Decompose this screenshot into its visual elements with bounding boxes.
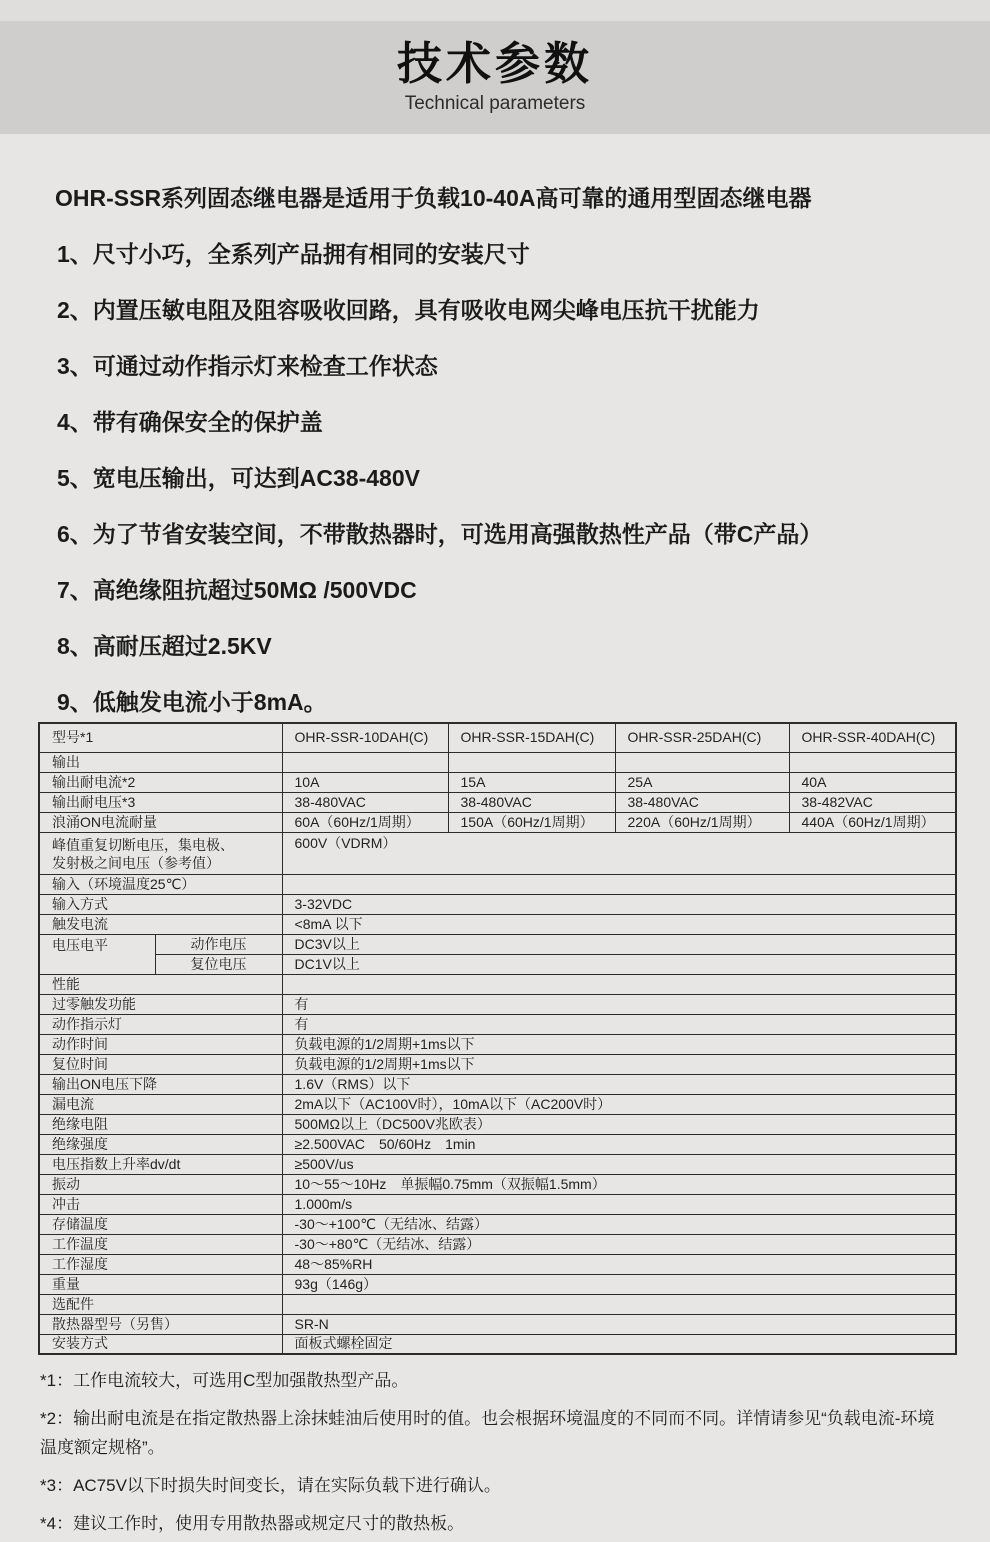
table-section-performance: 性能 xyxy=(39,974,956,994)
row-value: 面板式螺栓固定 xyxy=(282,1334,956,1354)
row-label: 振动 xyxy=(39,1174,282,1194)
row-label: 选配件 xyxy=(39,1294,282,1314)
row-value: 48～85%RH xyxy=(282,1254,956,1274)
row-value: <8mA 以下 xyxy=(282,914,956,934)
feature-item: 6、为了节省安装空间，不带散热器时，可选用高强散热性产品（带C产品） xyxy=(57,520,955,548)
table-section-input: 输入（环境温度25℃） xyxy=(39,874,956,894)
row-label: 峰值重复切断电压，集电极、 发射极之间电压（参考值） xyxy=(39,832,282,874)
footnote-item: *1：工作电流较大，可选用C型加强散热型产品。 xyxy=(40,1366,945,1395)
table-section-accessories: 选配件 xyxy=(39,1294,956,1314)
top-strip xyxy=(0,0,990,21)
row-value: 10～55～10Hz 单振幅0.75mm（双振幅1.5mm） xyxy=(282,1174,956,1194)
footnote-item: *2：输出耐电流是在指定散热器上涂抹蛙油后使用时的值。也会根据环境温度的不同而不… xyxy=(40,1404,945,1462)
row-value: 38-480VAC xyxy=(282,792,448,812)
row-label: 漏电流 xyxy=(39,1094,282,1114)
row-value: 15A xyxy=(448,772,615,792)
row-label: 输出耐电流*2 xyxy=(39,772,282,792)
row-value xyxy=(282,974,956,994)
page-title: 技术参数 xyxy=(397,41,593,86)
row-value: 150A（60Hz/1周期） xyxy=(448,812,615,832)
row-value: 10A xyxy=(282,772,448,792)
row-value: 1.6V（RMS）以下 xyxy=(282,1074,956,1094)
row-label: 输出耐电压*3 xyxy=(39,792,282,812)
row-value: 2mA以下（AC100V时），10mA以下（AC200V时） xyxy=(282,1094,956,1114)
row-value: SR-N xyxy=(282,1314,956,1334)
footnote-item: *4：建议工作时，使用专用散热器或规定尺寸的散热板。 xyxy=(40,1509,945,1538)
row-label: 安装方式 xyxy=(39,1334,282,1354)
row-value: 38-480VAC xyxy=(615,792,789,812)
row-label: 冲击 xyxy=(39,1194,282,1214)
row-value: 60A（60Hz/1周期） xyxy=(282,812,448,832)
table-row: 工作温度 -30～+80℃（无结冰、结露） xyxy=(39,1234,956,1254)
footnotes: *1：工作电流较大，可选用C型加强散热型产品。 *2：输出耐电流是在指定散热器上… xyxy=(40,1366,955,1538)
row-label: 绝缘强度 xyxy=(39,1134,282,1154)
footnote-item: *3：AC75V以下时损失时间变长，请在实际负载下进行确认。 xyxy=(40,1471,945,1500)
feature-item: 9、低触发电流小于8mA。 xyxy=(57,688,955,716)
feature-item: 2、内置压敏电阻及阻容吸收回路，具有吸收电网尖峰电压抗干扰能力 xyxy=(57,296,955,324)
row-label: 电压电平 xyxy=(39,934,155,974)
row-value: 25A xyxy=(615,772,789,792)
row-label: 性能 xyxy=(39,974,282,994)
table-row: 输出耐电流*2 10A 15A 25A 40A xyxy=(39,772,956,792)
row-value: ≥2.500VAC 50/60Hz 1min xyxy=(282,1134,956,1154)
row-label: 输入（环境温度25℃） xyxy=(39,874,282,894)
row-label: 浪涌ON电流耐量 xyxy=(39,812,282,832)
table-row: 冲击 1.000m/s xyxy=(39,1194,956,1214)
row-value: 220A（60Hz/1周期） xyxy=(615,812,789,832)
row-label: 动作指示灯 xyxy=(39,1014,282,1034)
table-row: 电压电平 动作电压 DC3V以上 xyxy=(39,934,956,954)
table-row: 动作指示灯 有 xyxy=(39,1014,956,1034)
row-value xyxy=(789,752,956,772)
row-value: 负载电源的1/2周期+1ms以下 xyxy=(282,1034,956,1054)
row-label: 触发电流 xyxy=(39,914,282,934)
table-row: 复位时间 负载电源的1/2周期+1ms以下 xyxy=(39,1054,956,1074)
row-value: 500MΩ以上（DC500V兆欧表） xyxy=(282,1114,956,1134)
row-value: 3-32VDC xyxy=(282,894,956,914)
table-row: 复位电压 DC1V以上 xyxy=(39,954,956,974)
row-label: 工作湿度 xyxy=(39,1254,282,1274)
feature-item: 7、高绝缘阻抗超过50MΩ /500VDC xyxy=(57,576,955,604)
row-label: 动作时间 xyxy=(39,1034,282,1054)
row-sublabel: 动作电压 xyxy=(155,934,282,954)
table-row: 漏电流 2mA以下（AC100V时），10mA以下（AC200V时） xyxy=(39,1094,956,1114)
features-list: 1、尺寸小巧，全系列产品拥有相同的安装尺寸 2、内置压敏电阻及阻容吸收回路，具有… xyxy=(57,240,955,716)
row-value: 600V（VDRM） xyxy=(282,832,956,874)
spec-table: 型号*1 OHR-SSR-10DAH(C) OHR-SSR-15DAH(C) O… xyxy=(38,722,957,1355)
row-value xyxy=(282,1294,956,1314)
row-value: 1.000m/s xyxy=(282,1194,956,1214)
row-value: 40A xyxy=(789,772,956,792)
row-value xyxy=(448,752,615,772)
feature-item: 5、宽电压输出，可达到AC38-480V xyxy=(57,464,955,492)
table-row-model: 型号*1 OHR-SSR-10DAH(C) OHR-SSR-15DAH(C) O… xyxy=(39,723,956,752)
table-row: 峰值重复切断电压，集电极、 发射极之间电压（参考值） 600V（VDRM） xyxy=(39,832,956,874)
row-label: 输出 xyxy=(39,752,282,772)
row-value: -30～+100℃（无结冰、结露） xyxy=(282,1214,956,1234)
feature-item: 1、尺寸小巧，全系列产品拥有相同的安装尺寸 xyxy=(57,240,955,268)
feature-item: 8、高耐压超过2.5KV xyxy=(57,632,955,660)
table-section-output: 输出 xyxy=(39,752,956,772)
table-row: 输出耐电压*3 38-480VAC 38-480VAC 38-480VAC 38… xyxy=(39,792,956,812)
row-sublabel: 复位电压 xyxy=(155,954,282,974)
table-row: 重量 93g（146g） xyxy=(39,1274,956,1294)
table-row: 动作时间 负载电源的1/2周期+1ms以下 xyxy=(39,1034,956,1054)
row-label: 存储温度 xyxy=(39,1214,282,1234)
row-label: 复位时间 xyxy=(39,1054,282,1074)
table-row: 散热器型号（另售） SR-N xyxy=(39,1314,956,1334)
row-value: 440A（60Hz/1周期） xyxy=(789,812,956,832)
row-value: 38-480VAC xyxy=(448,792,615,812)
title-band: 技术参数 Technical parameters xyxy=(0,21,990,134)
feature-item: 4、带有确保安全的保护盖 xyxy=(57,408,955,436)
row-value: 有 xyxy=(282,994,956,1014)
table-row: 触发电流 <8mA 以下 xyxy=(39,914,956,934)
row-value: 有 xyxy=(282,1014,956,1034)
table-row: 工作湿度 48～85%RH xyxy=(39,1254,956,1274)
table-row: 存储温度 -30～+100℃（无结冰、结露） xyxy=(39,1214,956,1234)
page-subtitle: Technical parameters xyxy=(405,93,586,115)
table-row: 安装方式 面板式螺栓固定 xyxy=(39,1334,956,1354)
row-value xyxy=(282,874,956,894)
table-row: 绝缘电阻 500MΩ以上（DC500V兆欧表） xyxy=(39,1114,956,1134)
row-value: OHR-SSR-25DAH(C) xyxy=(615,723,789,752)
row-label: 型号*1 xyxy=(39,723,282,752)
row-value: DC3V以上 xyxy=(282,934,956,954)
table-row: 过零触发功能 有 xyxy=(39,994,956,1014)
table-row: 电压指数上升率dv/dt ≥500V/us xyxy=(39,1154,956,1174)
row-value: ≥500V/us xyxy=(282,1154,956,1174)
row-value: 负载电源的1/2周期+1ms以下 xyxy=(282,1054,956,1074)
row-label: 过零触发功能 xyxy=(39,994,282,1014)
row-label: 输出ON电压下降 xyxy=(39,1074,282,1094)
row-value: OHR-SSR-15DAH(C) xyxy=(448,723,615,752)
row-value: 93g（146g） xyxy=(282,1274,956,1294)
row-value xyxy=(282,752,448,772)
table-row: 绝缘强度 ≥2.500VAC 50/60Hz 1min xyxy=(39,1134,956,1154)
row-label: 输入方式 xyxy=(39,894,282,914)
row-value xyxy=(615,752,789,772)
row-value: -30～+80℃（无结冰、结露） xyxy=(282,1234,956,1254)
row-value: DC1V以上 xyxy=(282,954,956,974)
row-label: 绝缘电阻 xyxy=(39,1114,282,1134)
row-value: OHR-SSR-10DAH(C) xyxy=(282,723,448,752)
row-value: OHR-SSR-40DAH(C) xyxy=(789,723,956,752)
table-row: 浪涌ON电流耐量 60A（60Hz/1周期） 150A（60Hz/1周期） 22… xyxy=(39,812,956,832)
table-row: 输出ON电压下降 1.6V（RMS）以下 xyxy=(39,1074,956,1094)
feature-item: 3、可通过动作指示灯来检查工作状态 xyxy=(57,352,955,380)
row-label: 电压指数上升率dv/dt xyxy=(39,1154,282,1174)
table-row: 输入方式 3-32VDC xyxy=(39,894,956,914)
table-row: 振动 10～55～10Hz 单振幅0.75mm（双振幅1.5mm） xyxy=(39,1174,956,1194)
intro-text: OHR-SSR系列固态继电器是适用于负载10-40A高可靠的通用型固态继电器 xyxy=(55,184,955,212)
row-label: 工作温度 xyxy=(39,1234,282,1254)
row-label: 散热器型号（另售） xyxy=(39,1314,282,1334)
row-value: 38-482VAC xyxy=(789,792,956,812)
row-label: 重量 xyxy=(39,1274,282,1294)
content: OHR-SSR系列固态继电器是适用于负载10-40A高可靠的通用型固态继电器 1… xyxy=(0,184,990,1538)
